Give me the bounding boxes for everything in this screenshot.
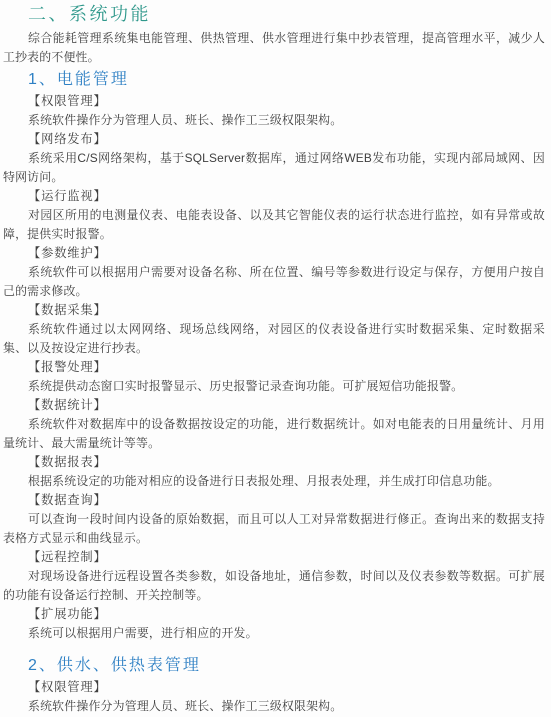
feature-text-web-publish: 系统采用C/S网络架构，基于SQLServer数据库，通过网络WEB发布功能，实…: [3, 149, 545, 187]
feature-label-data-query: 【数据查询】: [3, 491, 545, 510]
feature-label-data-stats: 【数据统计】: [3, 396, 545, 415]
subsection-heading-water-heat: 2、供水、供热表管理: [3, 655, 545, 677]
feature-label-data-report: 【数据报表】: [3, 453, 545, 472]
subsection-heading-electric-energy: 1、电能管理: [3, 69, 545, 91]
feature-label-extend-function: 【扩展功能】: [3, 605, 545, 624]
feature-label-run-monitor: 【运行监视】: [3, 187, 545, 206]
feature-label-param-maintain: 【参数维护】: [3, 244, 545, 263]
intro-paragraph: 综合能耗管理系统集电能管理、供热管理、供水管理进行集中抄表管理，提高管理水平，减…: [3, 29, 545, 67]
feature-label-data-collect: 【数据采集】: [3, 301, 545, 320]
feature-text-permission-2: 系统软件操作分为管理人员、班长、操作工三级权限架构。: [3, 697, 545, 716]
feature-label-permission-2: 【权限管理】: [3, 678, 545, 697]
feature-label-permission: 【权限管理】: [3, 92, 545, 111]
feature-label-web-publish: 【网络发布】: [3, 130, 545, 149]
feature-text-run-monitor: 对园区所用的电测量仪表、电能表设备、以及其它智能仪表的运行状态进行监控，如有异常…: [3, 206, 545, 244]
section-title: 二、系统功能: [3, 2, 545, 26]
feature-text-permission: 系统软件操作分为管理人员、班长、操作工三级权限架构。: [3, 111, 545, 130]
document-page: 二、系统功能 综合能耗管理系统集电能管理、供热管理、供水管理进行集中抄表管理，提…: [0, 0, 551, 716]
feature-text-data-query: 可以查询一段时间内设备的原始数据，而且可以人工对异常数据进行修正。查询出来的数据…: [3, 510, 545, 548]
feature-text-param-maintain: 系统软件可以根据用户需要对设备名称、所在位置、编号等参数进行设定与保存，方便用户…: [3, 263, 545, 301]
feature-text-remote-control: 对现场设备进行远程设置各类参数，如设备地址，通信参数，时间以及仪表参数等数据。可…: [3, 567, 545, 605]
feature-label-remote-control: 【远程控制】: [3, 548, 545, 567]
feature-text-extend-function: 系统可以根据用户需要，进行相应的开发。: [3, 624, 545, 643]
feature-text-alarm-handle: 系统提供动态窗口实时报警显示、历史报警记录查询功能。可扩展短信功能报警。: [3, 377, 545, 396]
feature-text-data-report: 根据系统设定的功能对相应的设备进行日表报处理、月报表处理，并生成打印信息功能。: [3, 472, 545, 491]
feature-label-alarm-handle: 【报警处理】: [3, 358, 545, 377]
feature-text-data-collect: 系统软件通过以太网网络、现场总线网络，对园区的仪表设备进行实时数据采集、定时数据…: [3, 320, 545, 358]
feature-text-data-stats: 系统软件对数据库中的设备数据按设定的功能，进行数据统计。如对电能表的日用量统计、…: [3, 415, 545, 453]
